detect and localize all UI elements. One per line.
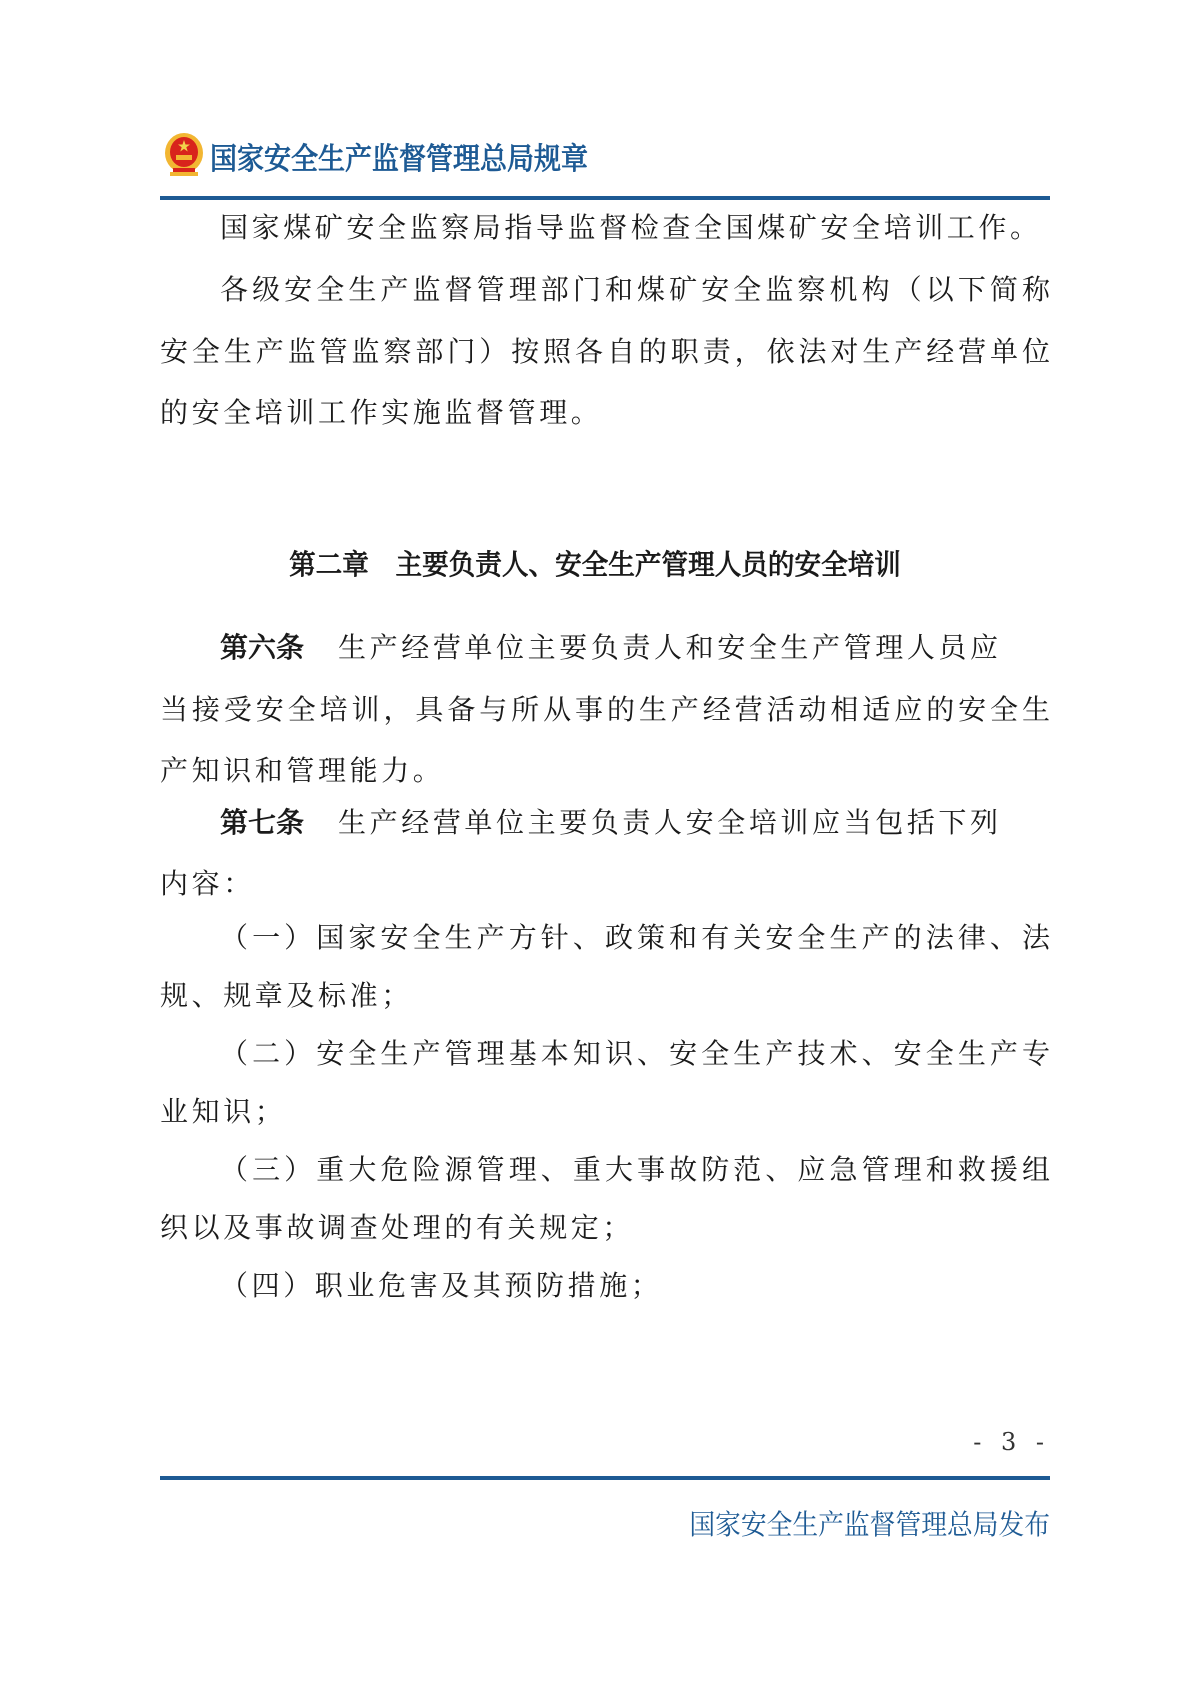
list-item: （三）重大危险源管理、重大事故防范、应急管理和救援组 [160,1150,1050,1190]
list-item: （四）职业危害及其预防措施； [160,1266,1050,1306]
article-7-first-line: 第七条生产经营单位主要负责人安全培训应当包括下列 [160,803,1050,843]
paragraph-line: 安全生产监管监察部门）按照各自的职责，依法对生产经营单位 [160,332,1050,372]
paragraph-line: 当接受安全培训，具备与所从事的生产经营活动相适应的安全生 [160,690,1050,730]
page-header: 国家安全生产监督管理总局规章 [160,118,1050,198]
paragraph-line: 的安全培训工作实施监督管理。 [160,393,1050,433]
list-item: 织以及事故调查处理的有关规定； [160,1208,1050,1248]
list-item: 规、规章及标准； [160,976,1050,1016]
list-item: （一）国家安全生产方针、政策和有关安全生产的法律、法 [160,918,1050,958]
paragraph-line: 国家煤矿安全监察局指导监督检查全国煤矿安全培训工作。 [160,208,1050,248]
paragraph-line: 内容： [160,864,1050,904]
article-number: 第六条 [220,631,304,664]
paragraph-line: 各级安全生产监督管理部门和煤矿安全监察机构（以下简称 [160,270,1050,310]
footer-publisher: 国家安全生产监督管理总局发布 [689,1503,1050,1543]
page-number: - 3 - [960,1428,1050,1456]
footer-divider [160,1476,1050,1480]
chapter-title: 第二章 主要负责人、安全生产管理人员的安全培训 [30,545,1161,585]
list-item: 业知识； [160,1092,1050,1132]
article-number: 第七条 [220,806,304,839]
article-text: 生产经营单位主要负责人和安全生产管理人员应 [338,631,1002,664]
article-text: 生产经营单位主要负责人安全培训应当包括下列 [338,806,1002,839]
paragraph-line: 产知识和管理能力。 [160,751,1050,791]
header-title: 国家安全生产监督管理总局规章 [210,134,588,178]
list-item: （二）安全生产管理基本知识、安全生产技术、安全生产专 [160,1034,1050,1074]
header-divider [160,196,1050,200]
national-emblem-icon [164,132,204,180]
article-6-first-line: 第六条生产经营单位主要负责人和安全生产管理人员应 [160,628,1050,668]
